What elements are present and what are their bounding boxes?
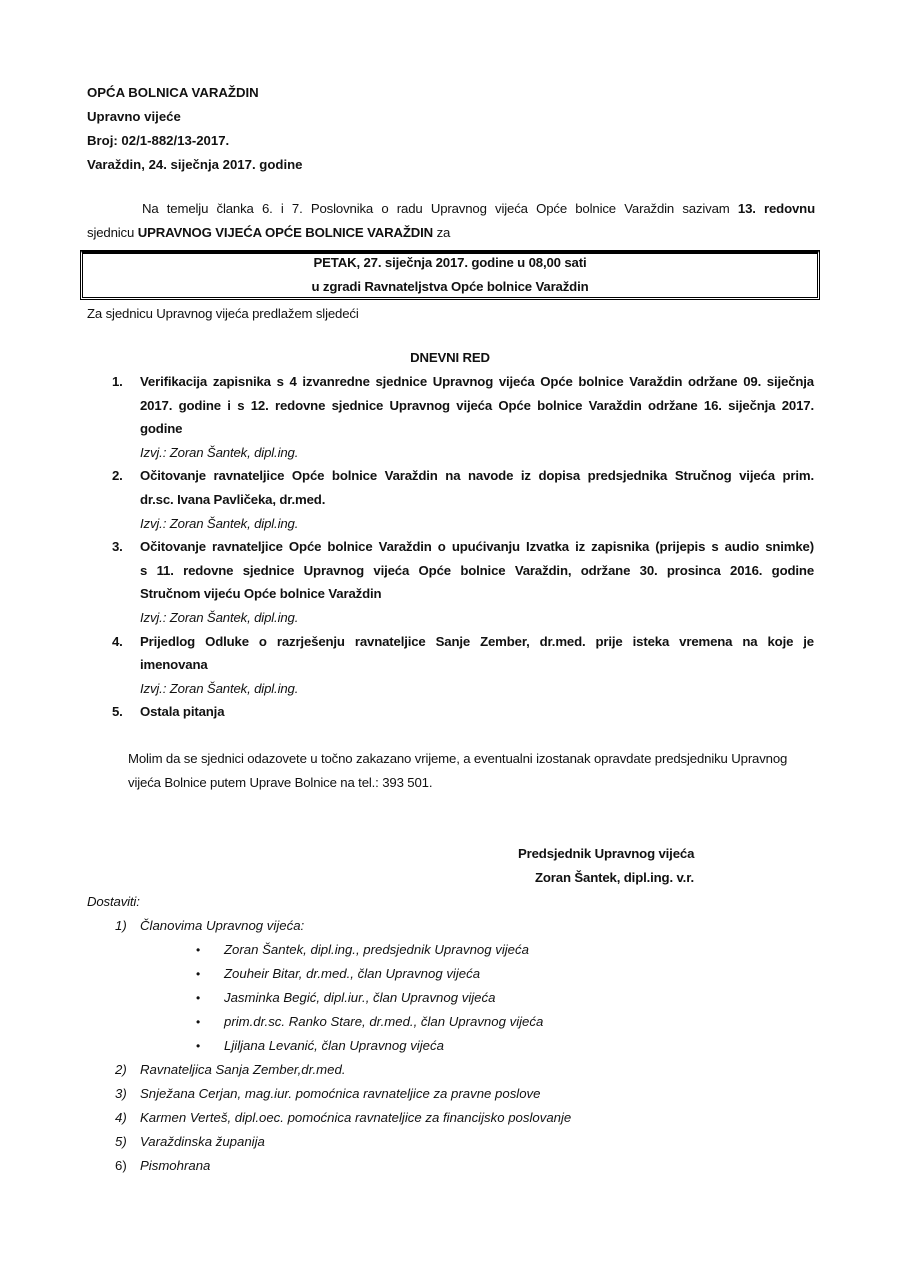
council-name: UPRAVNOG VIJEĆA OPĆE BOLNICE VARAŽDIN <box>138 225 433 240</box>
agenda-item-text: 2017. godine i s 12. redovne sjednice Up… <box>140 398 814 413</box>
agenda-item-text: Verifikacija zapisnika s 4 izvanredne sj… <box>140 374 814 389</box>
agenda-item-number: 5. <box>112 704 123 719</box>
agenda-item-text: Stručnom vijeću Opće bolnice Varaždin <box>140 586 814 601</box>
signature-name: Zoran Šantek, dipl.ing. v.r. <box>535 870 694 885</box>
intro-text: sjednicu <box>87 225 138 240</box>
agenda-item-number: 3. <box>112 539 123 554</box>
proposal-text: Za sjednicu Upravnog vijeća predlažem sl… <box>87 306 359 321</box>
closing-line-2: vijeća Bolnice putem Uprave Bolnice na t… <box>128 775 814 790</box>
bullet-icon: • <box>196 943 200 957</box>
agenda-item-reporter: Izvj.: Zoran Šantek, dipl.ing. <box>140 445 298 460</box>
distribution-item-text: Varaždinska županija <box>140 1134 265 1149</box>
distribution-item-text: Ravnateljica Sanja Zember,dr.med. <box>140 1062 345 1077</box>
agenda-item-text: Očitovanje ravnateljice Opće bolnice Var… <box>140 468 814 483</box>
bullet-icon: • <box>196 1039 200 1053</box>
council-member: Zoran Šantek, dipl.ing., predsjednik Upr… <box>224 942 529 957</box>
signature-title: Predsjednik Upravnog vijeća <box>518 846 694 861</box>
council-member: Jasminka Begić, dipl.iur., član Upravnog… <box>224 990 495 1005</box>
agenda-item-text: s 11. redovne sjednice Upravnog vijeća O… <box>140 563 814 578</box>
agenda-item-reporter: Izvj.: Zoran Šantek, dipl.ing. <box>140 681 298 696</box>
meeting-info-box: PETAK, 27. siječnja 2017. godine u 08,00… <box>80 250 820 300</box>
intro-text: za <box>433 225 450 240</box>
agenda-item-number: 2. <box>112 468 123 483</box>
place-date: Varaždin, 24. siječnja 2017. godine <box>87 157 303 172</box>
agenda-item-text: dr.sc. Ivana Pavličeka, dr.med. <box>140 492 814 507</box>
closing-line-1: Molim da se sjednici odazovete u točno z… <box>128 751 814 766</box>
distribution-item-number: 5) <box>115 1134 127 1149</box>
distribution-item-number: 6) <box>115 1158 127 1173</box>
meeting-date-time: PETAK, 27. siječnja 2017. godine u 08,00… <box>83 255 817 270</box>
institution-name: OPĆA BOLNICA VARAŽDIN <box>87 85 259 100</box>
bullet-icon: • <box>196 967 200 981</box>
agenda-title: DNEVNI RED <box>0 350 900 365</box>
agenda-item-text: Prijedlog Odluke o razrješenju ravnatelj… <box>140 634 814 649</box>
agenda-item-number: 1. <box>112 374 123 389</box>
intro-text: Na temelju članka 6. i 7. Poslovnika o r… <box>142 201 738 216</box>
distribution-item-number: 4) <box>115 1110 127 1125</box>
meeting-location: u zgradi Ravnateljstva Opće bolnice Vara… <box>83 279 817 294</box>
agenda-item-text: Očitovanje ravnateljice Opće bolnice Var… <box>140 539 814 554</box>
agenda-item-reporter: Izvj.: Zoran Šantek, dipl.ing. <box>140 610 298 625</box>
bullet-icon: • <box>196 991 200 1005</box>
agenda-item-text: Ostala pitanja <box>140 704 814 719</box>
bullet-icon: • <box>196 1015 200 1029</box>
body-name: Upravno vijeće <box>87 109 181 124</box>
council-member: Ljiljana Levanić, član Upravnog vijeća <box>224 1038 444 1053</box>
document-number: Broj: 02/1-882/13-2017. <box>87 133 229 148</box>
distribution-item-number: 3) <box>115 1086 127 1101</box>
agenda-item-text: imenovana <box>140 657 814 672</box>
intro-line-2: sjednicu UPRAVNOG VIJEĆA OPĆE BOLNICE VA… <box>87 225 815 240</box>
distribution-label: Dostaviti: <box>87 894 140 909</box>
distribution-item-text: Pismohrana <box>140 1158 210 1173</box>
distribution-item-text: Karmen Verteš, dipl.oec. pomoćnica ravna… <box>140 1110 571 1125</box>
council-member: Zouheir Bitar, dr.med., član Upravnog vi… <box>224 966 480 981</box>
session-ordinal: 13. redovnu <box>738 201 815 216</box>
council-member: prim.dr.sc. Ranko Stare, dr.med., član U… <box>224 1014 543 1029</box>
distribution-item-text: Snježana Cerjan, mag.iur. pomoćnica ravn… <box>140 1086 540 1101</box>
distribution-item-text: Članovima Upravnog vijeća: <box>140 918 304 933</box>
distribution-item-number: 1) <box>115 918 127 933</box>
agenda-item-number: 4. <box>112 634 123 649</box>
agenda-item-text: godine <box>140 421 814 436</box>
distribution-item-number: 2) <box>115 1062 127 1077</box>
agenda-item-reporter: Izvj.: Zoran Šantek, dipl.ing. <box>140 516 298 531</box>
intro-line-1: Na temelju članka 6. i 7. Poslovnika o r… <box>87 201 815 216</box>
